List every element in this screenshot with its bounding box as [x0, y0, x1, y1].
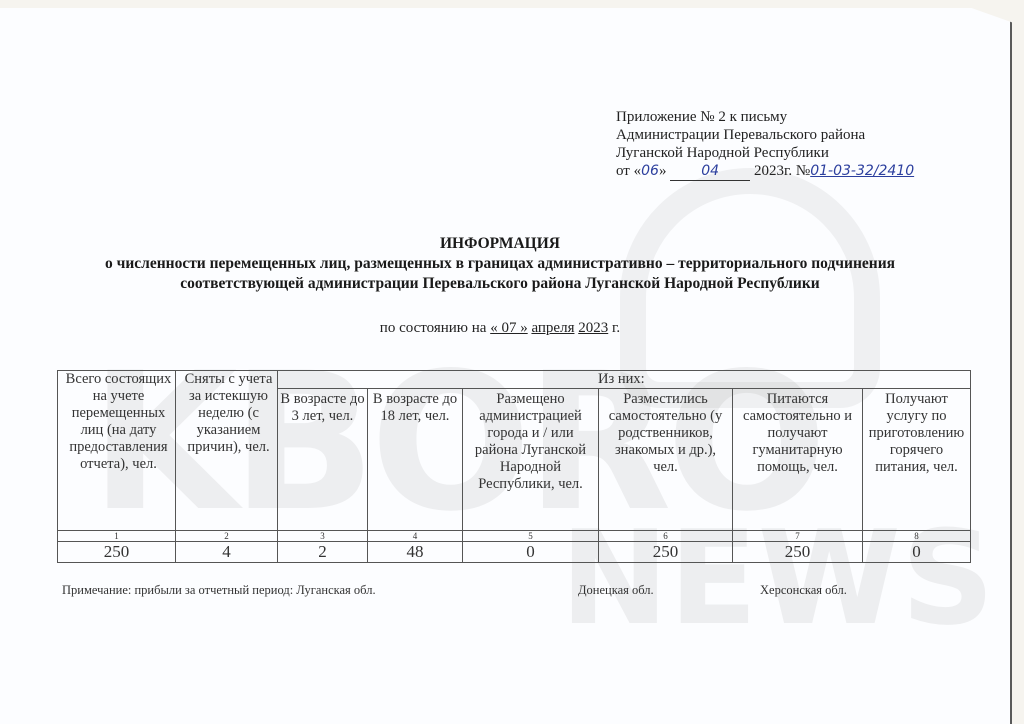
appendix-line-1: Приложение № 2 к письму [616, 108, 914, 126]
letter-number: 01-03-32/2410 [810, 163, 914, 179]
value-under-18: 48 [368, 542, 463, 563]
as-of-month: апреля [531, 320, 574, 336]
group-header-of-them: Из них: [278, 371, 971, 389]
col-number: 4 [368, 531, 463, 542]
appendix-line-3: Луганской Народной Республики [616, 144, 914, 162]
col-header-placed-by-admin: Размещено администрацией города и / или … [463, 389, 599, 531]
col-header-hot-meals: Получают услугу по приготовлению горячег… [863, 389, 971, 531]
appendix-line-2: Администрации Перевальского района [616, 126, 914, 144]
table-row: 250 4 2 48 0 250 250 0 [58, 542, 971, 563]
col-header-under-18: В возрасте до 18 лет, чел. [368, 389, 463, 531]
note-luhansk: Примечание: прибыли за отчетный период: … [62, 583, 376, 598]
value-deregistered: 4 [176, 542, 278, 563]
col-header-under-3: В возрасте до 3 лет, чел. [278, 389, 368, 531]
col-number: 8 [863, 531, 971, 542]
appendix-block: Приложение № 2 к письму Администрации Пе… [616, 108, 914, 181]
date-year: 2023г. № [754, 163, 810, 179]
as-of-year: 2023 [578, 320, 608, 336]
date-mid: » [659, 163, 667, 179]
col-number: 1 [58, 531, 176, 542]
document-page: KBORO NEWS Приложение № 2 к письму Админ… [0, 8, 1012, 724]
note-kherson: Херсонская обл. [760, 583, 847, 598]
note-donetsk: Донецкая обл. [578, 583, 654, 598]
col-header-humanitarian-aid: Питаются самостоятельно и получают гуман… [733, 389, 863, 531]
col-number: 6 [599, 531, 733, 542]
document-subtitle-1: о численности перемещенных лиц, размещен… [0, 254, 1000, 274]
displaced-persons-table: Всего состоящих на учете перемещенных ли… [57, 370, 971, 563]
value-hot-meals: 0 [863, 542, 971, 563]
as-of-prefix: по состоянию на [380, 320, 487, 336]
col-header-self-placed: Разместились самостоятельно (у родственн… [599, 389, 733, 531]
appendix-date-line: от «06» 04 2023г. №01-03-32/2410 [616, 162, 914, 181]
col-header-total: Всего состоящих на учете перемещенных ли… [58, 371, 176, 531]
as-of-day: « 07 » [490, 320, 528, 336]
value-placed-by-admin: 0 [463, 542, 599, 563]
as-of-suffix: г. [612, 320, 620, 336]
as-of-date: по состоянию на « 07 » апреля 2023 г. [0, 320, 1000, 337]
value-humanitarian-aid: 250 [733, 542, 863, 563]
col-number: 3 [278, 531, 368, 542]
value-self-placed: 250 [599, 542, 733, 563]
value-total: 250 [58, 542, 176, 563]
date-day: 06 [641, 163, 659, 179]
col-number: 5 [463, 531, 599, 542]
date-month: 04 [670, 162, 750, 181]
document-title: ИНФОРМАЦИЯ [0, 234, 1000, 254]
col-header-deregistered: Сняты с учета за истекшую неделю (с указ… [176, 371, 278, 531]
document-subtitle-2: соответствующей администрации Перевальск… [0, 274, 1000, 294]
value-under-3: 2 [278, 542, 368, 563]
date-prefix: от « [616, 163, 641, 179]
col-number: 7 [733, 531, 863, 542]
col-number: 2 [176, 531, 278, 542]
column-number-row: 1 2 3 4 5 6 7 8 [58, 531, 971, 542]
